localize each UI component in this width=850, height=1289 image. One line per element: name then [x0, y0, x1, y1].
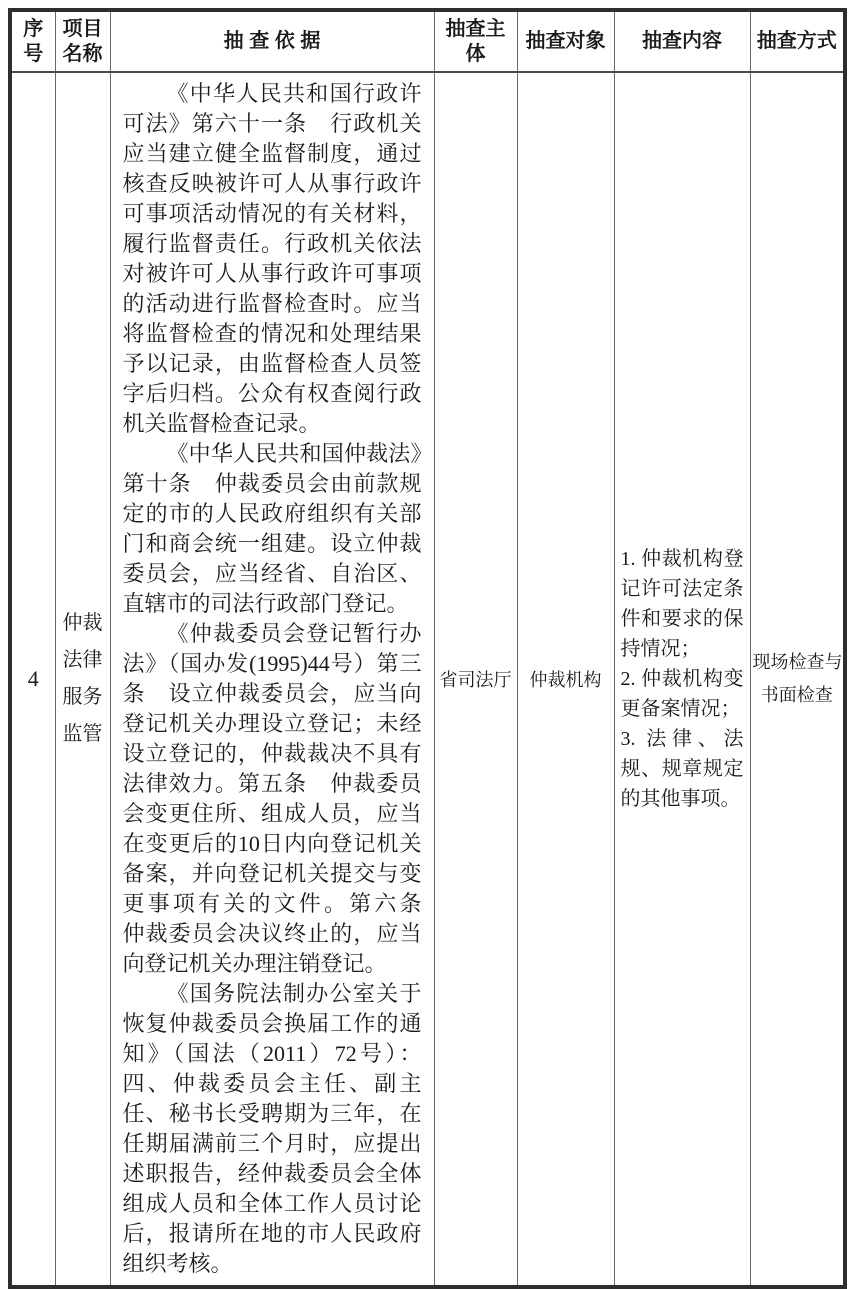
inspection-subject-cell: 省司法厅	[434, 72, 517, 1287]
project-name-cell: 仲裁 法律 服务 监管	[55, 72, 110, 1287]
project-name-line: 监管	[58, 716, 108, 753]
inspection-content-cell: 1. 仲裁机构登记许可法定条件和要求的保持情况； 2. 仲裁机构变更备案情况； …	[614, 72, 750, 1287]
serial-number-cell: 4	[10, 72, 55, 1287]
inspection-table: 序号 项目名称 抽 查 依 据 抽查主体 抽查对象 抽查内容 抽查方式 4 仲裁…	[8, 8, 847, 1289]
basis-paragraph: 《中华人民共和国仲裁法》第十条 仲裁委员会由前款规定的市的人民政府组织有关部门和…	[123, 439, 422, 619]
table-body: 4 仲裁 法律 服务 监管 《中华人民共和国行政许可法》第六十一条 行政机关应当…	[10, 72, 845, 1287]
header-row: 序号 项目名称 抽 查 依 据 抽查主体 抽查对象 抽查内容 抽查方式	[10, 10, 845, 72]
content-item: 3. 法律、法规、规章规定的其他事项。	[621, 724, 744, 814]
basis-paragraph: 《中华人民共和国行政许可法》第六十一条 行政机关应当建立健全监督制度，通过核查反…	[123, 79, 422, 439]
method-line: 现场检查与	[753, 646, 842, 679]
basis-paragraph: 《国务院法制办公室关于恢复仲裁委员会换届工作的通知》（国法（2011）72号）：…	[123, 979, 422, 1279]
header-inspection-method: 抽查方式	[750, 10, 845, 72]
basis-paragraph: 《仲裁委员会登记暂行办法》（国办发(1995)44号）第三条 设立仲裁委员会，应…	[123, 619, 422, 979]
content-item: 2. 仲裁机构变更备案情况；	[621, 664, 744, 724]
inspection-method-cell: 现场检查与 书面检查	[750, 72, 845, 1287]
method-line: 书面检查	[753, 679, 842, 712]
header-inspection-object: 抽查对象	[517, 10, 614, 72]
header-serial-number: 序号	[10, 10, 55, 72]
header-inspection-basis: 抽 查 依 据	[110, 10, 434, 72]
inspection-object-cell: 仲裁机构	[517, 72, 614, 1287]
header-inspection-subject: 抽查主体	[434, 10, 517, 72]
table-header: 序号 项目名称 抽 查 依 据 抽查主体 抽查对象 抽查内容 抽查方式	[10, 10, 845, 72]
header-inspection-content: 抽查内容	[614, 10, 750, 72]
content-item: 1. 仲裁机构登记许可法定条件和要求的保持情况；	[621, 544, 744, 664]
project-name-line: 仲裁	[58, 605, 108, 642]
table-row: 4 仲裁 法律 服务 监管 《中华人民共和国行政许可法》第六十一条 行政机关应当…	[10, 72, 845, 1287]
inspection-basis-cell: 《中华人民共和国行政许可法》第六十一条 行政机关应当建立健全监督制度，通过核查反…	[110, 72, 434, 1287]
header-project-name: 项目名称	[55, 10, 110, 72]
project-name-line: 服务	[58, 679, 108, 716]
project-name-line: 法律	[58, 642, 108, 679]
